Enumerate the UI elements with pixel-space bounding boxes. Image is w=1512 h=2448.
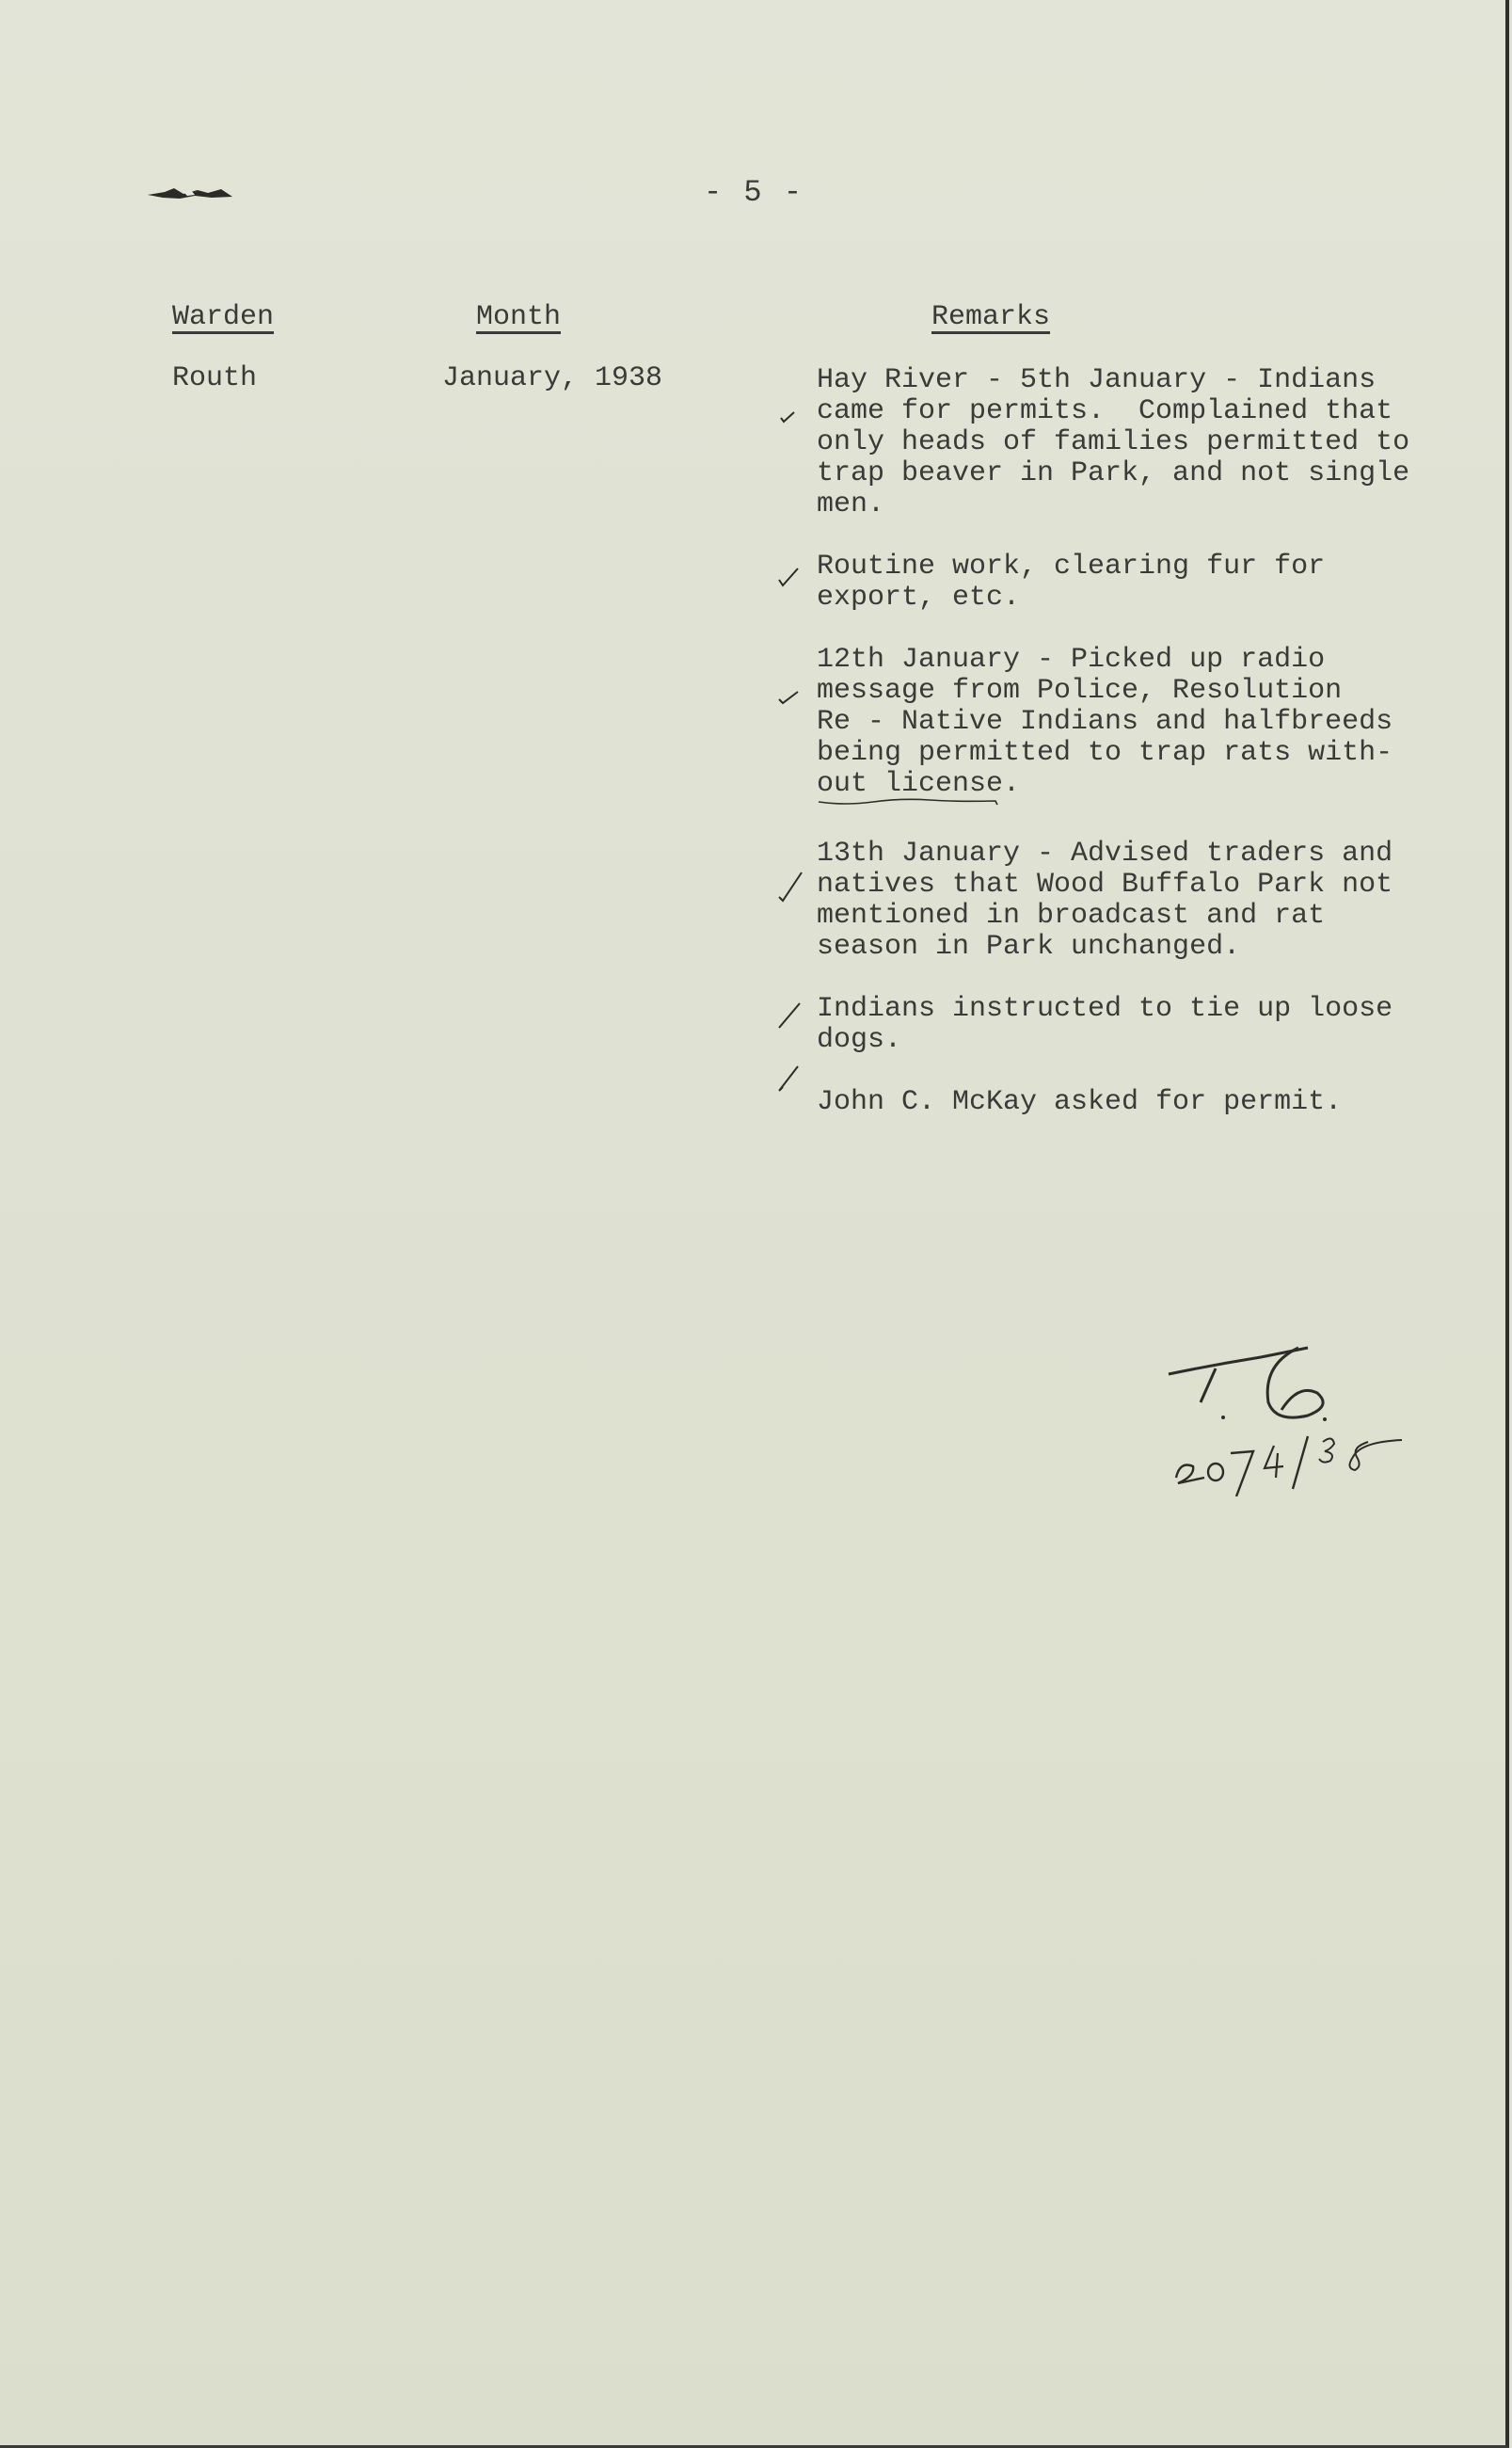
remark-line: being permitted to trap rats with-	[817, 738, 1494, 769]
remark-entry: John C. McKay asked for permit.	[817, 1087, 1494, 1118]
checkmark-icon	[775, 403, 804, 431]
checkmark-icon	[775, 680, 804, 709]
column-header-month: Month	[476, 301, 561, 333]
remark-line: mentioned in broadcast and rat	[817, 901, 1494, 932]
document-page: - 5 - Warden Month Remarks Routh January…	[0, 0, 1509, 2448]
remark-line: export, etc.	[817, 583, 1494, 614]
remark-line: out license.	[817, 769, 1494, 800]
remark-line: dogs.	[817, 1025, 1494, 1056]
remark-line: season in Park unchanged.	[817, 932, 1494, 963]
handwritten-initials-and-date	[1157, 1336, 1440, 1496]
remark-line: only heads of families permitted to	[817, 427, 1494, 458]
checkmark-icon	[775, 563, 804, 591]
warden-name: Routh	[172, 362, 257, 394]
remark-line: Hay River - 5th January - Indians	[817, 365, 1494, 396]
checkmark-icon	[775, 998, 804, 1032]
page-number: - 5 -	[704, 175, 804, 210]
checkmark-icon	[775, 1063, 804, 1096]
remark-entry: Indians instructed to tie up loose dogs.	[817, 994, 1494, 1056]
remark-entry: Hay River - 5th January - Indians came f…	[817, 365, 1494, 520]
column-header-remarks: Remarks	[931, 301, 1050, 333]
remark-line: men.	[817, 489, 1494, 520]
remark-line: message from Police, Resolution	[817, 676, 1494, 707]
remark-line: came for permits. Complained that	[817, 396, 1494, 427]
remark-line: trap beaver in Park, and not single	[817, 458, 1494, 489]
remark-entry: 13th January - Advised traders and nativ…	[817, 839, 1494, 963]
remarks-list: Hay River - 5th January - Indians came f…	[817, 365, 1494, 1149]
remark-line: Routine work, clearing fur for	[817, 552, 1494, 583]
punch-hole-tear-icon	[146, 186, 234, 201]
remark-entry: 12th January - Picked up radio message f…	[817, 645, 1494, 808]
checkmark-icon	[775, 867, 804, 904]
remark-line: Indians instructed to tie up loose	[817, 994, 1494, 1025]
remark-line: 13th January - Advised traders and	[817, 839, 1494, 870]
remark-line: John C. McKay asked for permit.	[817, 1087, 1494, 1118]
remark-line: 12th January - Picked up radio	[817, 645, 1494, 676]
column-header-warden: Warden	[172, 301, 274, 333]
remark-line: Re - Native Indians and halfbreeds	[817, 707, 1494, 738]
remark-line: natives that Wood Buffalo Park not	[817, 870, 1494, 901]
report-month: January, 1938	[442, 362, 662, 394]
remark-entry: Routine work, clearing fur for export, e…	[817, 552, 1494, 614]
